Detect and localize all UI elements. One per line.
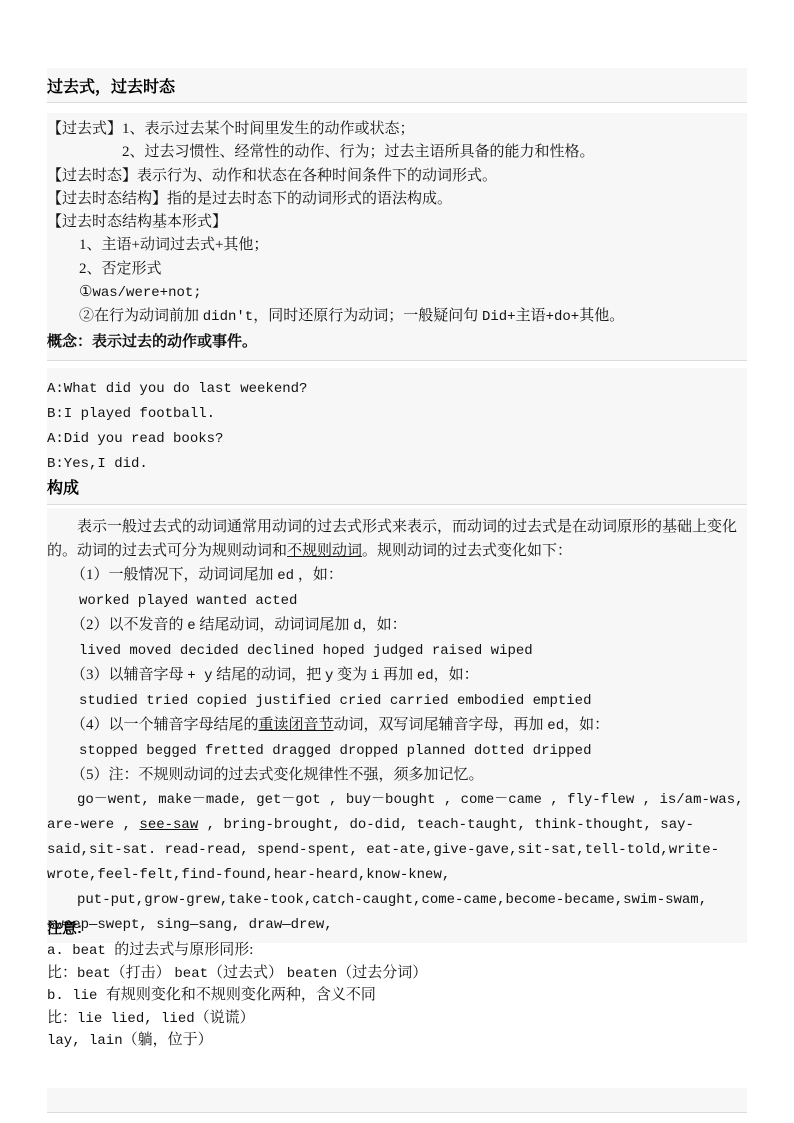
dialogue-lines: A:What did you do last weekend?B:I playe… [47,376,747,476]
text-segment: 不规则动词 [287,543,362,559]
definitions-section: 【过去式】1、表示过去某个时间里发生的动作或状态；2、过去习惯性、经常性的动作、… [47,113,747,361]
text-segment: （3）以辅音字母 [71,667,187,683]
text-segment: ，如： [362,617,407,633]
text-line: ①was/were+not; [47,281,747,305]
text-line: （4）以一个辅音字母结尾的重读闭音节动词，双写词尾辅音字母，再加 ed，如： [47,713,747,738]
text-line: 【过去式】1、表示过去某个时间里发生的动作或状态； [47,118,747,141]
text-segment: beat [77,966,111,982]
text-segment: ed [547,718,564,734]
text-line: 【过去时态结构基本形式】 [47,211,747,234]
text-segment: 其他。 [579,308,624,324]
text-segment: 概念：表示过去的动作或事件。 [47,333,257,350]
text-segment: didn't [203,309,253,325]
text-segment: 的过去式与原形同形: [114,942,253,958]
text-line: worked played wanted acted [47,588,747,613]
text-segment: 主语 [516,308,546,324]
text-line: a. beat 的过去式与原形同形: [47,940,747,963]
text-segment: 结尾的动词，把 [212,667,325,683]
text-line: B:I played football. [47,401,747,426]
page-title-bar: 过去式，过去时态 [47,68,747,103]
text-segment: 再加 [379,667,417,683]
text-segment: （躺，位于） [123,1032,213,1048]
text-line: studied tried copied justified cried car… [47,688,747,713]
text-line: （2）以不发音的 e 结尾动词，动词词尾加 d，如： [47,613,747,638]
text-segment: ed [417,668,434,684]
notes-section: 注意: a. beat 的过去式与原形同形:比：beat（打击） beat（过去… [47,918,747,1053]
text-segment: Did+ [482,309,516,325]
text-line: 2、否定形式 [47,258,747,281]
text-segment: studied tried copied justified cried car… [79,693,591,709]
text-segment: 比： [47,1010,77,1026]
document-page: { "page": { "title": "过去式，过去时态" }, "defi… [0,0,794,1123]
text-segment: beaten [287,966,337,982]
text-line: b. lie 有规则变化和不规则变化两种，含义不同 [47,985,747,1008]
text-line: A:What did you do last weekend? [47,376,747,401]
text-segment: + y [187,668,212,684]
text-line: lived moved decided declined hoped judge… [47,638,747,663]
page-title: 过去式，过去时态 [47,74,175,97]
composition-section: 表示一般过去式的动词通常用动词的过去式形式来表示，而动词的过去式是在动词原形的基… [47,508,747,943]
text-segment: e [187,618,195,634]
text-segment: 动词，双写词尾辅音字母，再加 [334,717,548,733]
text-segment: （4）以一个辅音字母结尾的 [71,717,259,733]
text-line: 1、主语+动词过去式+其他； [47,234,747,257]
dialogue-section: A:What did you do last weekend?B:I playe… [47,368,747,505]
text-segment: B:Yes,I did. [47,456,148,472]
text-line: 表示一般过去式的动词通常用动词的过去式形式来表示，而动词的过去式是在动词原形的基… [47,515,747,563]
text-segment: 【过去时态】表示行为、动作和状态在各种时间条件下的动词形式。 [47,168,497,184]
text-segment: beat [174,966,208,982]
text-segment: 1、主语+动词过去式+其他； [79,237,268,253]
footer-bar [47,1088,747,1113]
text-segment: 2、过去习惯性、经常性的动作、行为；过去主语所具备的能力和性格。 [122,144,595,160]
text-segment: stopped begged fretted dragged dropped p… [79,743,591,759]
text-segment: worked played wanted acted [79,593,297,609]
text-segment: （1）一般情况下，动词词尾加 [71,567,277,583]
text-segment: ，如： [564,717,609,733]
text-segment: A:Did you read books? [47,431,223,447]
text-segment: B:I played football. [47,406,215,422]
text-segment: +do+ [546,309,580,325]
text-line: lay, lain（躺，位于） [47,1030,747,1053]
text-segment: lay, lain [47,1033,123,1049]
text-line: 2、过去习惯性、经常性的动作、行为；过去主语所具备的能力和性格。 [47,141,747,164]
text-line: （3）以辅音字母 + y 结尾的动词，把 y 变为 i 再加 ed，如： [47,663,747,688]
text-segment: was/were+not; [92,285,201,301]
text-segment: b. lie [47,988,106,1004]
text-segment: 【过去式】1、表示过去某个时间里发生的动作或状态； [47,121,415,137]
notes-lines: a. beat 的过去式与原形同形:比：beat（打击） beat（过去式） b… [47,940,747,1053]
text-line: 比：beat（打击） beat（过去式） beaten（过去分词） [47,963,747,986]
text-line: B:Yes,I did. [47,451,747,476]
text-segment: d [353,618,361,634]
text-line: 【过去时态结构】指的是过去时态下的动词形式的语法构成。 [47,188,747,211]
text-segment: ，同时还原行为动词；一般疑问句 [253,308,482,324]
text-line: A:Did you read books? [47,426,747,451]
text-segment: a. beat [47,943,114,959]
text-segment: 结尾动词，动词词尾加 [196,617,354,633]
text-segment: 【过去时态结构基本形式】 [47,214,227,230]
text-line: 概念：表示过去的动作或事件。 [47,330,747,354]
text-line: stopped begged fretted dragged dropped p… [47,738,747,763]
text-segment: ed [277,568,294,584]
text-segment: ②在行为动词前加 [79,308,203,324]
text-line: ②在行为动词前加 didn't，同时还原行为动词；一般疑问句 Did+主语+do… [47,305,747,329]
text-segment: 【过去时态结构】指的是过去时态下的动词形式的语法构成。 [47,191,452,207]
text-line: 比：lie lied, lied（说谎） [47,1008,747,1031]
text-line: （5）注：不规则动词的过去式变化规律性不强，须多加记忆。 [47,763,747,787]
text-line: 【过去时态】表示行为、动作和状态在各种时间条件下的动词形式。 [47,165,747,188]
text-segment: see-saw [139,817,198,833]
text-segment: 重读闭音节 [259,717,334,733]
text-segment: ① [79,284,92,300]
text-segment: 。规则动词的过去式变化如下： [362,543,572,559]
text-line: go－went, make－made, get－got , buy－bought… [47,787,747,887]
text-segment: （过去式） [208,965,287,981]
text-line: （1）一般情况下，动词词尾加 ed ，如： [47,563,747,588]
text-segment: 比： [47,965,77,981]
notes-heading: 注意: [47,918,747,940]
text-segment: A:What did you do last weekend? [47,381,307,397]
text-segment: ，如： [434,667,479,683]
text-segment: （5）注：不规则动词的过去式变化规律性不强，须多加记忆。 [71,767,484,783]
section-heading-composition: 构成 [47,476,747,502]
text-segment: lie lied, lied [77,1011,195,1027]
text-segment: 2、否定形式 [79,261,162,277]
text-segment: （过去分词） [337,965,427,981]
text-segment: （说谎） [195,1010,255,1026]
text-segment: （2）以不发音的 [71,617,187,633]
text-segment: ，如： [294,567,343,583]
text-segment: 变为 [333,667,371,683]
text-segment: lived moved decided declined hoped judge… [79,643,533,659]
text-segment: （打击） [111,965,175,981]
text-segment: 有规则变化和不规则变化两种，含义不同 [106,987,376,1003]
